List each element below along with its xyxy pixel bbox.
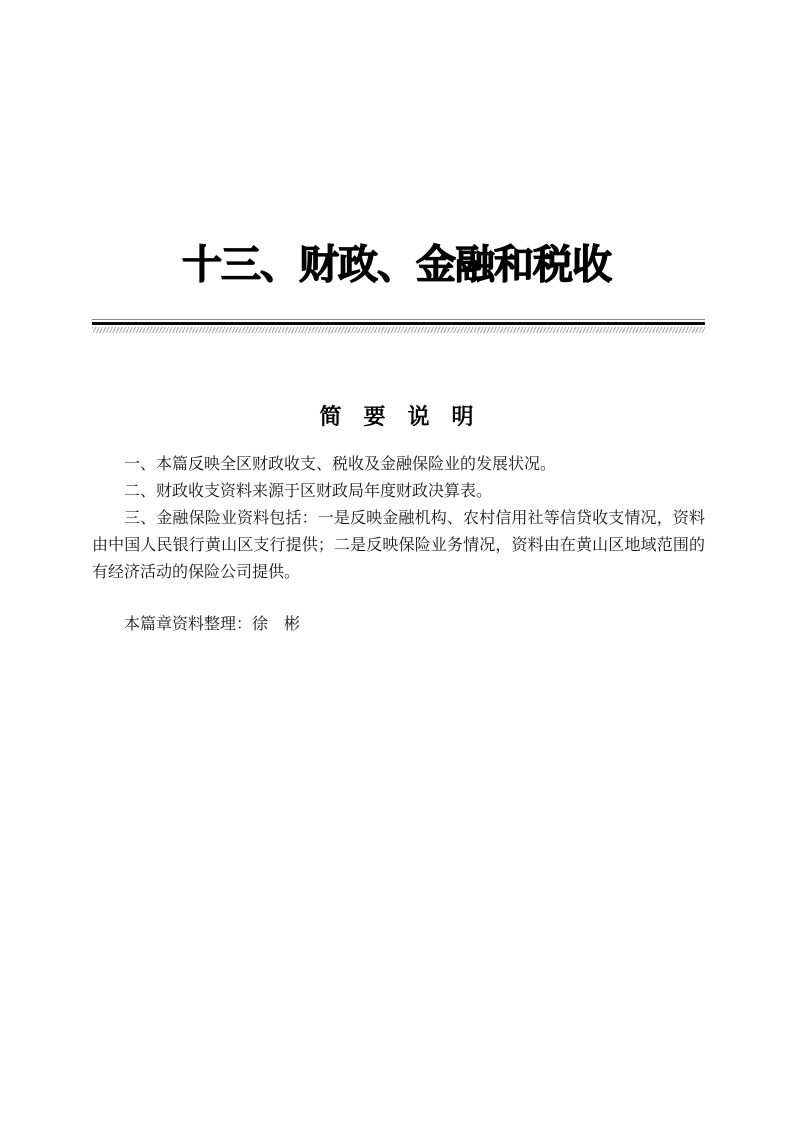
divider-thin-line [92,319,705,320]
note-paragraph-3: 三、金融保险业资料包括：一是反映金融机构、农村信用社等信贷收支情况，资料由中国人… [92,505,705,586]
compiler-credit-line: 本篇章资料整理：徐 彬 [92,611,705,638]
notes-body: 一、本篇反映全区财政收支、税收及金融保险业的发展状况。 二、财政收支资料来源于区… [92,451,705,586]
note-paragraph-1: 一、本篇反映全区财政收支、税收及金融保险业的发展状况。 [92,451,705,478]
divider-thick-line [92,322,705,325]
document-page: 十三、财政、金融和税收 简 要 说 明 一、本篇反映全区财政收支、税收及金融保险… [0,0,793,1122]
divider-hatch-band [92,327,705,333]
chapter-title: 十三、财政、金融和税收 [0,241,793,289]
title-divider [92,319,705,333]
note-paragraph-2: 二、财政收支资料来源于区财政局年度财政决算表。 [92,478,705,505]
section-heading: 简 要 说 明 [0,404,793,430]
